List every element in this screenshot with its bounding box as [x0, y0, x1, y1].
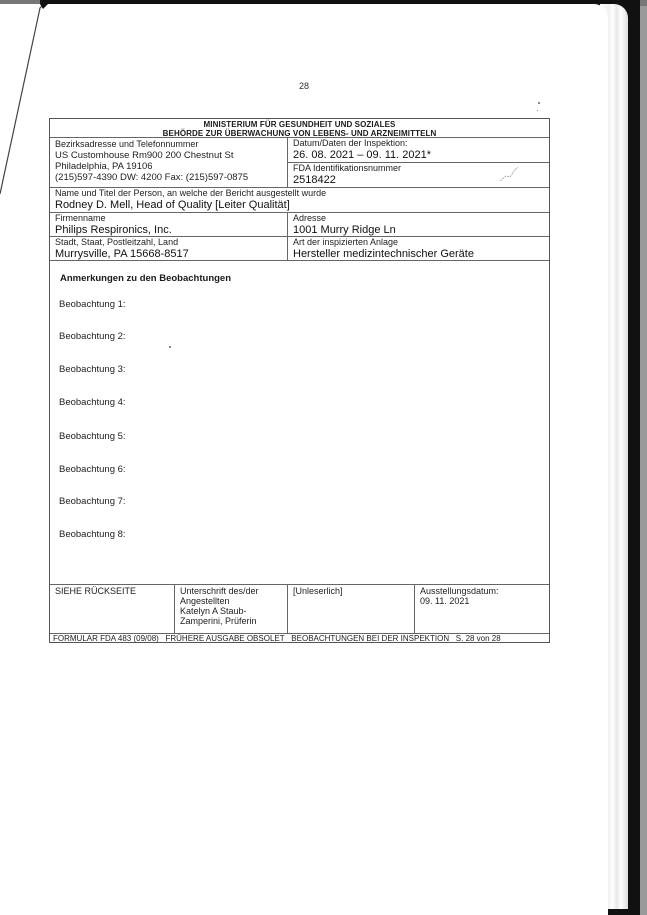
employee-name-1: Katelyn A Staub- — [180, 606, 287, 616]
observation-2: Beobachtung 2: — [59, 331, 126, 342]
observation-1: Beobachtung 1: — [59, 299, 126, 310]
facility-type-value: Hersteller medizintechnischer Geräte — [293, 248, 549, 260]
fda-483-form: MINISTERIUM FÜR GESUNDHEIT UND SOZIALES … — [49, 118, 550, 643]
form-title: BEOBACHTUNGEN BEI DER INSPEKTION — [291, 634, 449, 643]
observation-4: Beobachtung 4: — [59, 397, 126, 408]
see-reverse-label: SIEHE RÜCKSEITE — [55, 586, 174, 596]
observation-7: Beobachtung 7: — [59, 496, 126, 507]
district-address-line1: US Customhouse Rm900 200 Chestnut St — [55, 150, 287, 161]
pen-mark — [498, 165, 522, 183]
page-count: S. 28 von 28 — [456, 634, 501, 643]
district-label: Bezirksadresse und Telefonnummer — [55, 139, 287, 150]
scan-speck — [169, 346, 171, 348]
inspection-dates-value: 26. 08. 2021 – 09. 11. 2021* — [293, 149, 549, 161]
city-label: Stadt, Staat, Postleitzahl, Land — [55, 237, 287, 248]
addressee-value: Rodney D. Mell, Head of Quality [Leiter … — [55, 199, 549, 211]
signature-value: [Unleserlich] — [293, 586, 414, 596]
district-address-line2: Philadelphia, PA 19106 — [55, 161, 287, 172]
addressee-row: Name und Titel der Person, an welche der… — [50, 188, 549, 213]
district-cell: Bezirksadresse und Telefonnummer US Cust… — [50, 138, 287, 187]
employee-name-2: Zamperini, Prüferin — [180, 616, 287, 626]
employee-signature-label-2: Angestellten — [180, 596, 287, 606]
form-header: MINISTERIUM FÜR GESUNDHEIT UND SOZIALES … — [50, 119, 549, 138]
form-footer: FORMULAR FDA 483 (09/08) FRÜHERE AUSGABE… — [50, 634, 549, 643]
document-page: 28 MINISTERIUM FÜR GESUNDHEIT UND SOZIAL… — [0, 4, 608, 915]
observation-3: Beobachtung 3: — [59, 364, 126, 375]
issue-date-label: Ausstellungsdatum: — [420, 586, 549, 596]
city-value: Murrysville, PA 15668-8517 — [55, 248, 287, 260]
observation-6: Beobachtung 6: — [59, 464, 126, 475]
addressee-label: Name und Titel der Person, an welche der… — [55, 188, 549, 199]
employee-signature-label: Unterschrift des/der — [180, 586, 287, 596]
observation-8: Beobachtung 8: — [59, 529, 126, 540]
company-row: Firmenname Philips Respironics, Inc. Adr… — [50, 213, 549, 237]
city-row: Stadt, Staat, Postleitzahl, Land Murrysv… — [50, 237, 549, 261]
scan-speck — [537, 110, 538, 111]
observations-title: Anmerkungen zu den Beobachtungen — [60, 273, 231, 284]
inspection-dates-label: Datum/Daten der Inspektion: — [293, 138, 549, 149]
form-id: FORMULAR FDA 483 (09/08) — [53, 634, 159, 643]
obsolete-note: FRÜHERE AUSGABE OBSOLET — [165, 634, 284, 643]
district-row: Bezirksadresse und Telefonnummer US Cust… — [50, 138, 549, 188]
observation-5: Beobachtung 5: — [59, 431, 126, 442]
scan-speck — [538, 102, 540, 104]
signature-row: SIEHE RÜCKSEITE Unterschrift des/der Ang… — [50, 584, 549, 634]
company-label: Firmenname — [55, 213, 287, 224]
company-value: Philips Respironics, Inc. — [55, 224, 287, 236]
address-label: Adresse — [293, 213, 549, 224]
page-number: 28 — [0, 81, 608, 91]
district-phone: (215)597-4390 DW: 4200 Fax: (215)597-087… — [55, 172, 287, 183]
agency-title: BEHÖRDE ZUR ÜBERWACHUNG VON LEBENS- UND … — [50, 129, 549, 138]
facility-type-label: Art der inspizierten Anlage — [293, 237, 549, 248]
dates-fda-cell: Datum/Daten der Inspektion: 26. 08. 2021… — [287, 138, 549, 187]
ministry-title: MINISTERIUM FÜR GESUNDHEIT UND SOZIALES — [50, 120, 549, 129]
address-value: 1001 Murry Ridge Ln — [293, 224, 549, 236]
issue-date-value: 09. 11. 2021 — [420, 596, 549, 606]
